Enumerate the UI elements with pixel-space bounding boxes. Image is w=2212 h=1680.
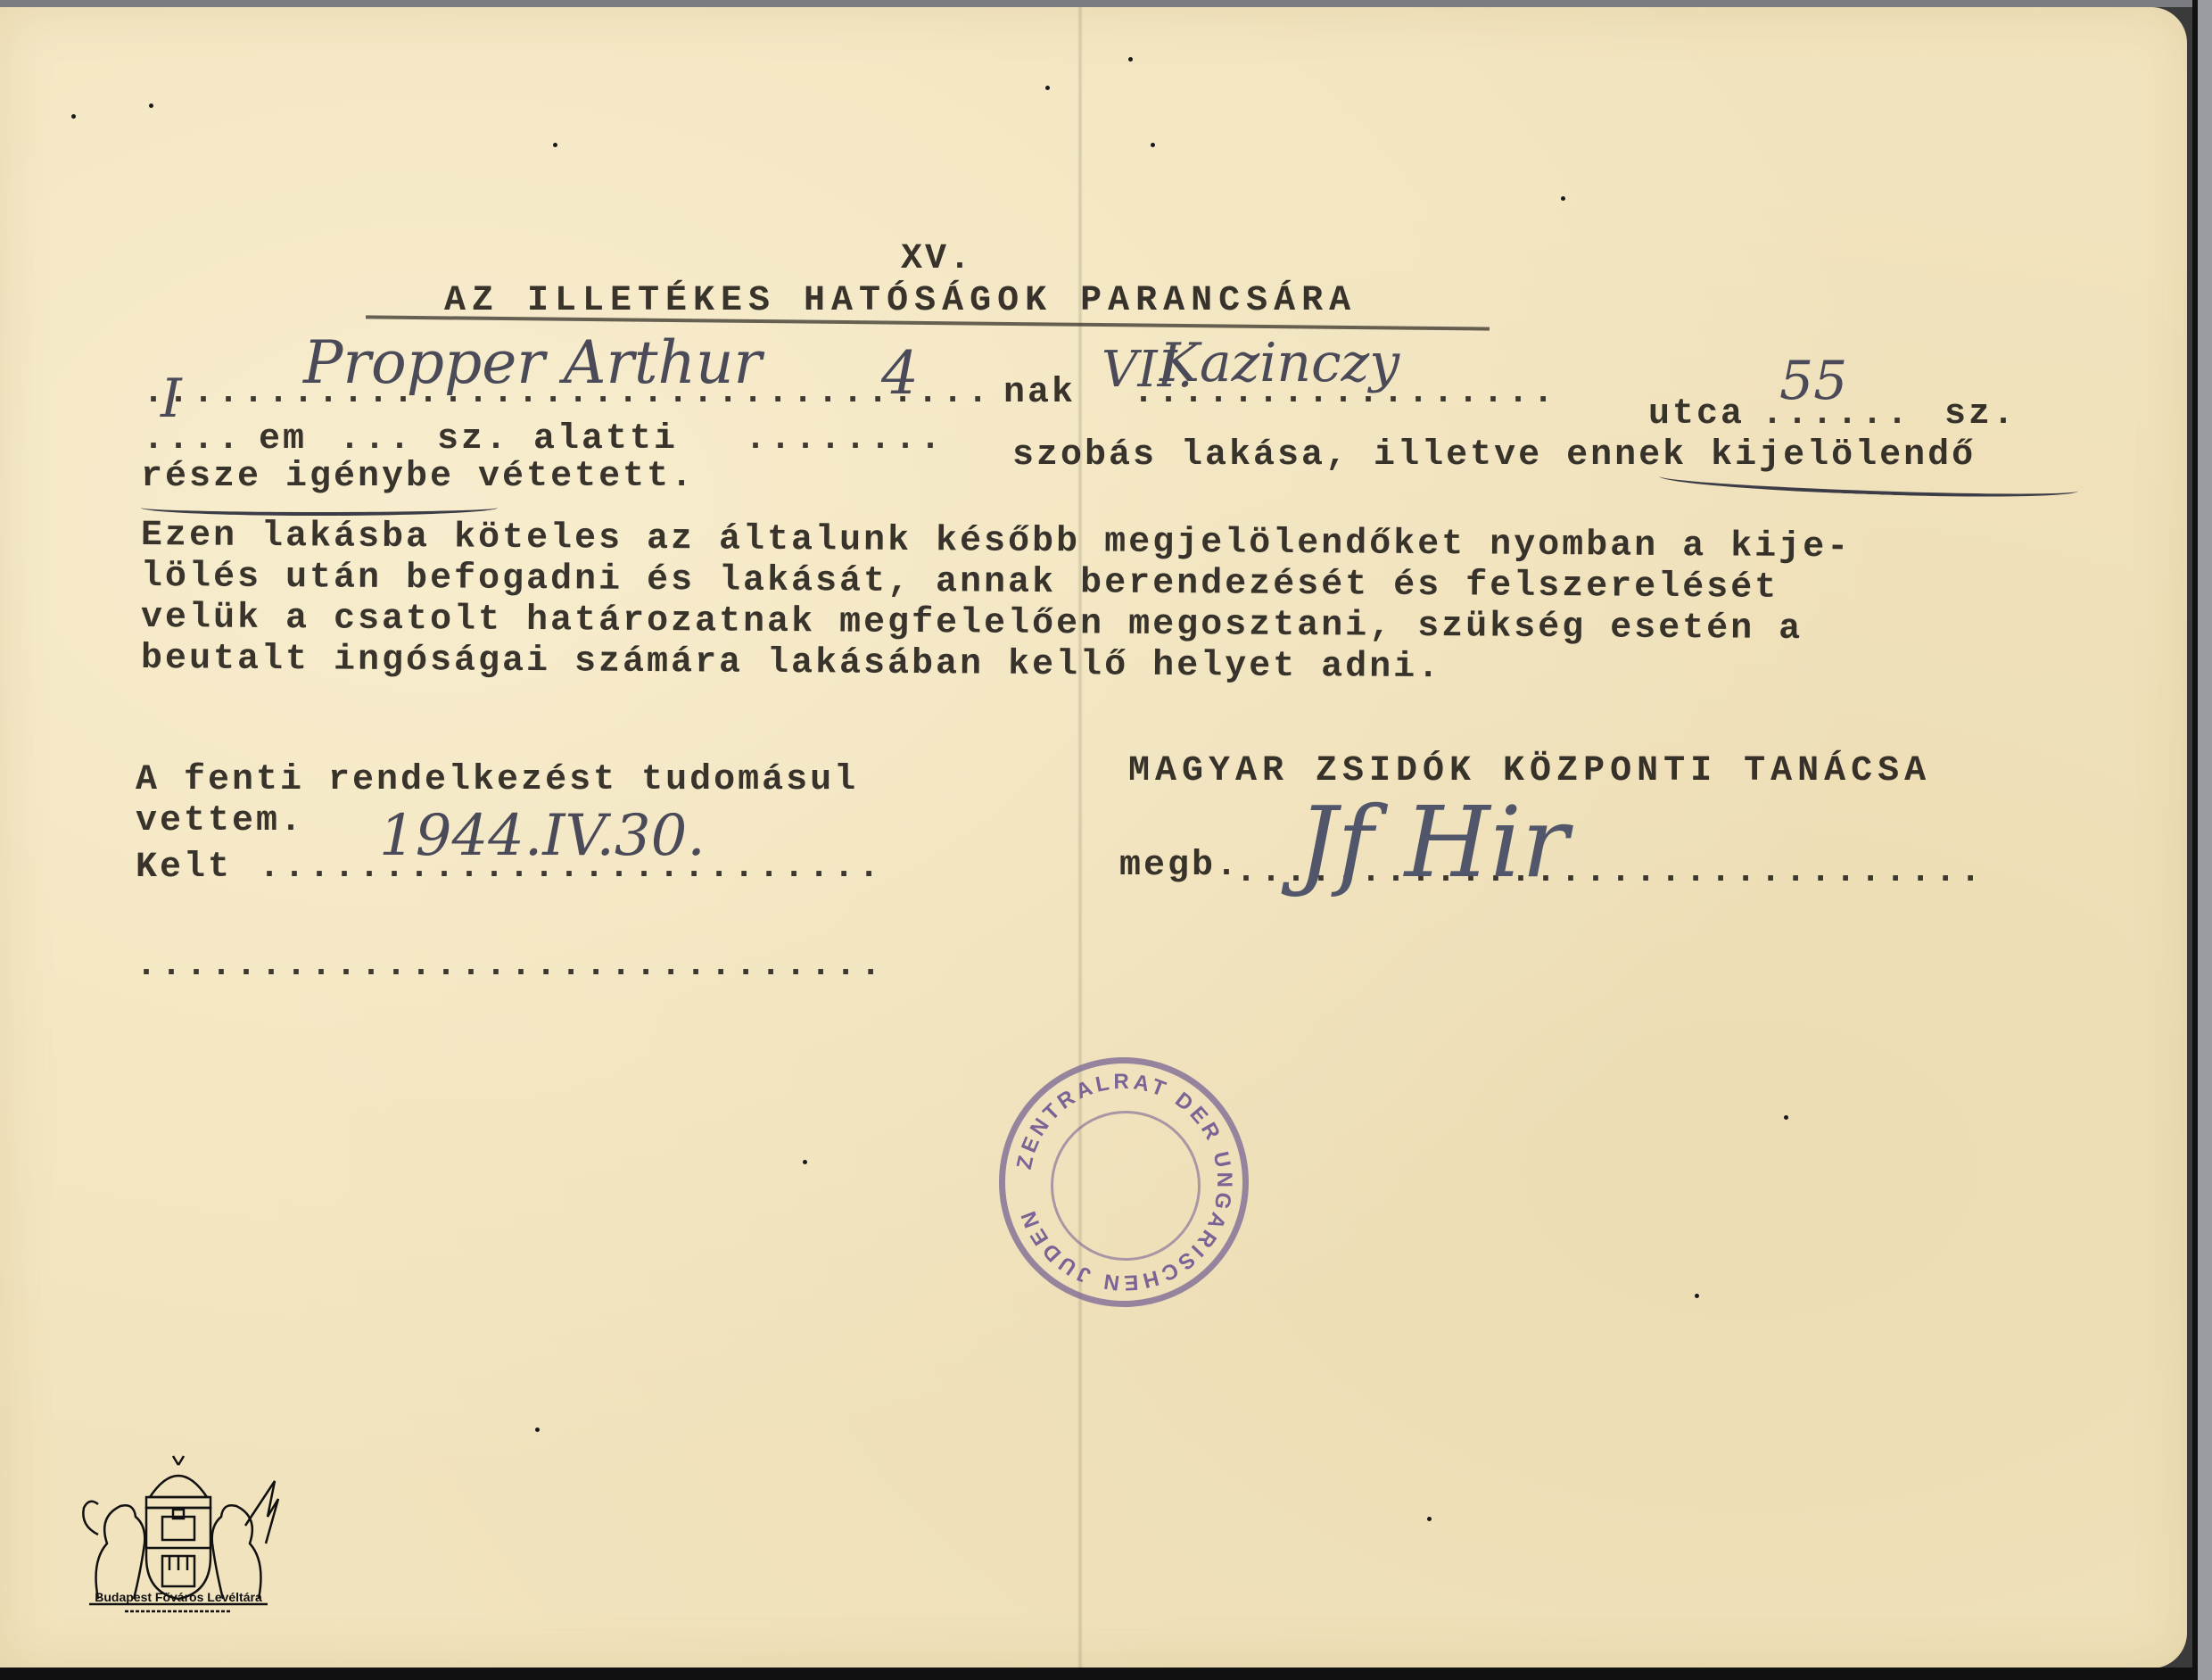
- paper-speck: [1427, 1517, 1432, 1521]
- paper-speck: [71, 114, 76, 119]
- paper-speck: [1561, 196, 1565, 201]
- handwritten-date: 1944.IV.30.: [379, 803, 706, 869]
- paper-fold: [1077, 7, 1083, 1668]
- handwritten-floor-mark: I: [161, 368, 182, 430]
- handwritten-house-number: 55: [1779, 350, 1847, 412]
- handwritten-signature: Jf Hir: [1298, 785, 1568, 899]
- archive-caption: Budapest Főváros Levéltára: [71, 1590, 285, 1604]
- typed-street-label: utca: [1648, 394, 1745, 434]
- hand-underline-resze: [141, 500, 498, 516]
- scan-frame-right: [2192, 0, 2212, 1680]
- paper-speck: [803, 1160, 807, 1164]
- typed-suffix-nak: nak: [1003, 373, 1076, 413]
- handwritten-street: Kazinczy: [1160, 332, 1399, 394]
- document-paper: [0, 7, 2187, 1668]
- paper-speck: [1045, 86, 1050, 90]
- paper-speck: [1695, 1294, 1699, 1298]
- signature-label: megb.: [1119, 846, 1240, 886]
- paper-speck: [1128, 57, 1133, 62]
- door-fill: ...: [339, 419, 419, 459]
- typed-rooms-label: szobás lakása, illetve ennek kijelölendő: [1012, 435, 1976, 476]
- signature-fill-line-left: ..............................: [136, 946, 938, 986]
- acknowledgement-line-2: vettem.: [136, 801, 304, 841]
- handwritten-name: Propper Arthur: [303, 328, 762, 397]
- typed-number-label: sz.: [1944, 394, 2017, 434]
- paper-speck: [1151, 143, 1155, 147]
- handwritten-mark: 4: [881, 339, 919, 408]
- paper-speck: [149, 103, 153, 108]
- scan-frame-bottom: [0, 1668, 2192, 1680]
- svg-text:ZENTRALRAT DER UNGARISCHEN JUD: ZENTRALRAT DER UNGARISCHEN JUDEN: [1012, 1070, 1236, 1295]
- rooms-fill: ........: [745, 419, 959, 459]
- scan-frame-top: [0, 0, 2212, 7]
- requisition-line: része igénybe vétetett.: [141, 457, 695, 497]
- typed-floor-label: em: [259, 419, 307, 459]
- paper-speck: [535, 1428, 540, 1432]
- stamp-text-ring: ZENTRALRAT DER UNGARISCHEN JUDEN: [999, 1057, 1249, 1307]
- acknowledgement-line-1: A fenti rendelkezést tudomásul: [136, 760, 858, 800]
- section-number: XV.: [901, 239, 973, 279]
- document-heading: AZ ILLETÉKES HATÓSÁGOK PARANCSÁRA: [444, 281, 1357, 321]
- typed-door-label: sz. alatti: [437, 419, 678, 459]
- paper-speck: [553, 143, 557, 147]
- stamp-text: ZENTRALRAT DER UNGARISCHEN JUDEN: [1012, 1070, 1236, 1295]
- floor-fill: ....: [143, 419, 232, 459]
- date-label: Kelt: [136, 848, 232, 888]
- paper-speck: [1784, 1115, 1788, 1120]
